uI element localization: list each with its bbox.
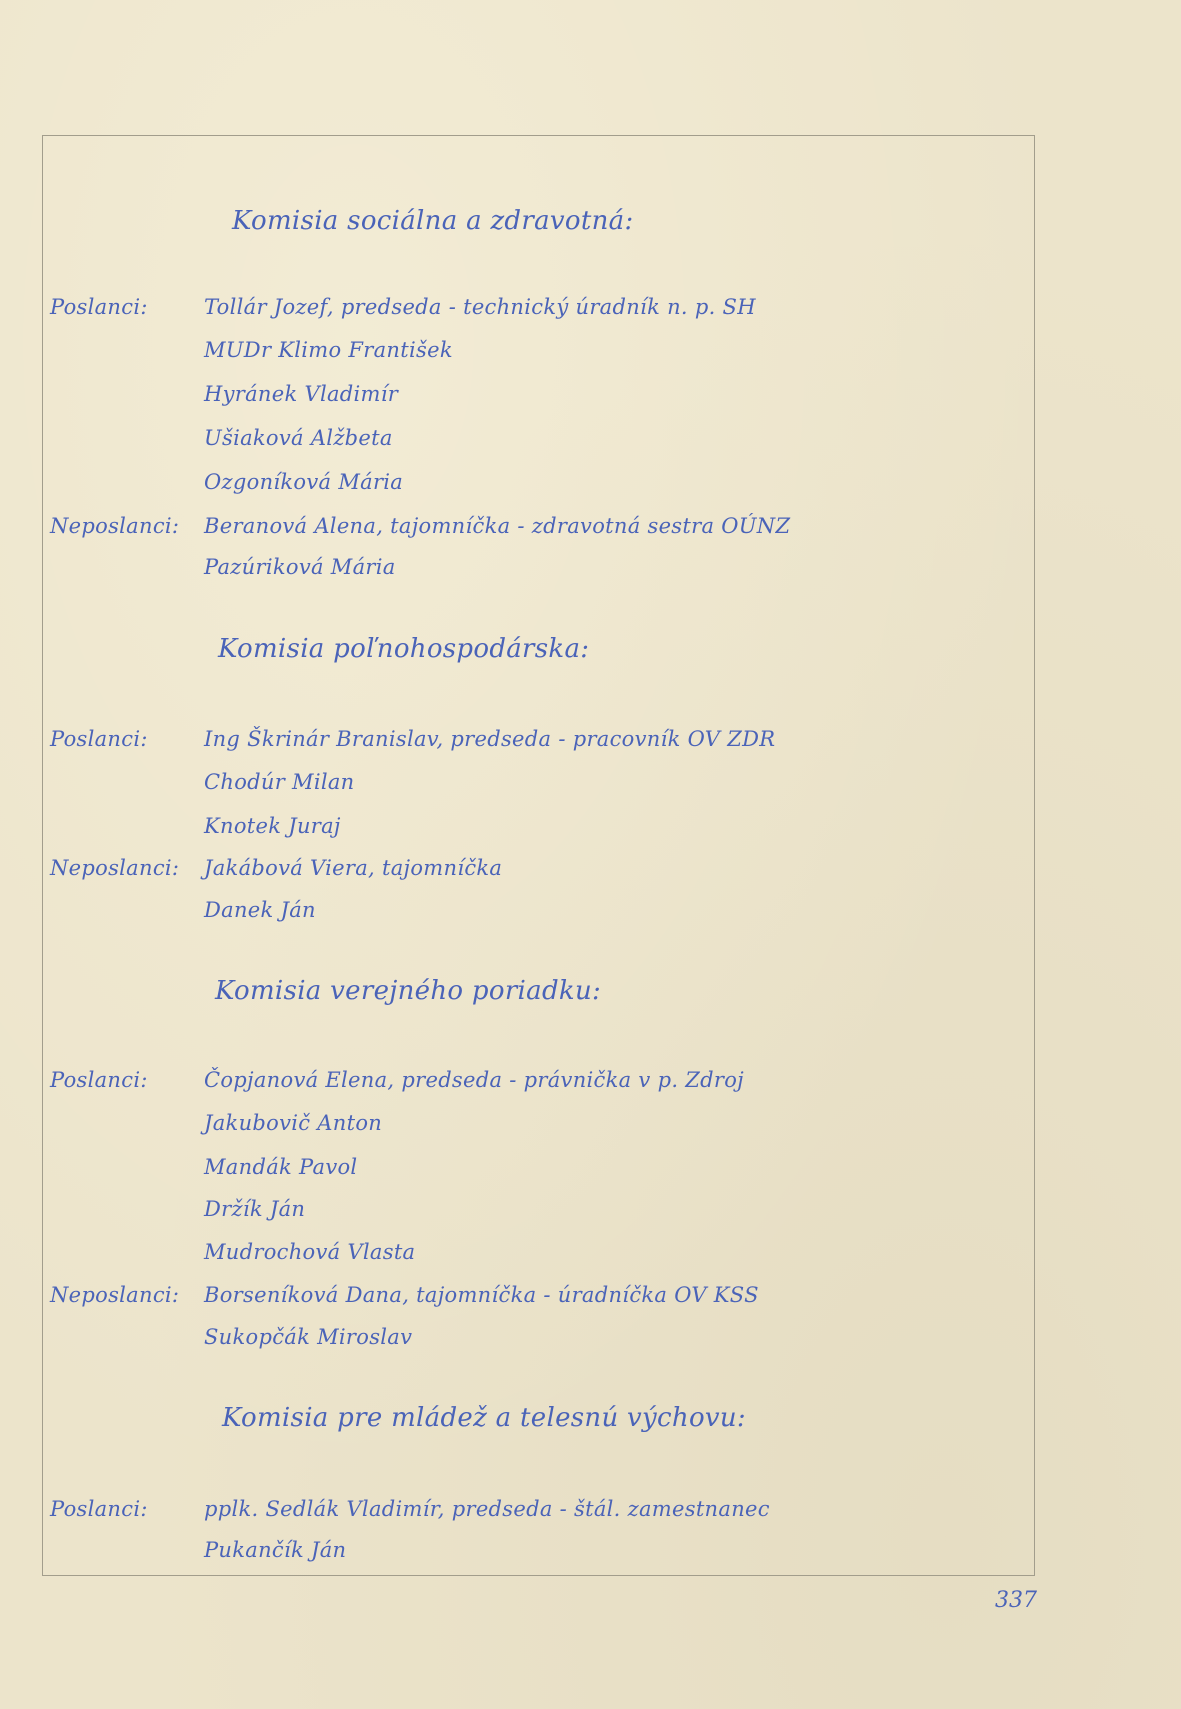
poslanci-label: Poslanci: [50, 727, 148, 751]
neposlanci-label: Neposlanci: [50, 856, 179, 880]
section-heading: Komisia verejného poriadku: [215, 976, 601, 1006]
member-entry: Borseníková Dana, tajomníčka - úradníčka… [204, 1283, 759, 1307]
member-entry: MUDr Klimo František [204, 338, 453, 362]
member-entry: Mudrochová Vlasta [204, 1240, 415, 1264]
poslanci-label: Poslanci: [50, 295, 148, 319]
member-entry: Knotek Juraj [204, 814, 341, 838]
member-entry: Čopjanová Elena, predseda - právnička v … [204, 1068, 744, 1092]
member-entry: Danek Ján [204, 898, 316, 922]
member-entry: Pazúriková Mária [204, 555, 396, 579]
member-entry: Beranová Alena, tajomníčka - zdravotná s… [204, 514, 790, 538]
poslanci-label: Poslanci: [50, 1068, 148, 1092]
member-entry: Chodúr Milan [204, 770, 355, 794]
member-entry: Ozgoníková Mária [204, 470, 403, 494]
section-heading: Komisia poľnohospodárska: [218, 634, 589, 664]
member-entry: Ušiaková Alžbeta [204, 426, 393, 450]
member-entry: Jakábová Viera, tajomníčka [204, 856, 502, 880]
member-entry: Hyránek Vladimír [204, 382, 398, 406]
member-entry: Držík Ján [204, 1197, 305, 1221]
neposlanci-label: Neposlanci: [50, 1283, 179, 1307]
member-entry: Mandák Pavol [204, 1155, 357, 1179]
member-entry: Tollár Jozef, predseda - technický úradn… [204, 295, 756, 319]
neposlanci-label: Neposlanci: [50, 514, 179, 538]
ruled-page-border [42, 135, 1035, 1576]
member-entry: Pukančík Ján [204, 1538, 346, 1562]
member-entry: pplk. Sedlák Vladimír, predseda - štál. … [204, 1497, 770, 1521]
section-heading: Komisia pre mládež a telesnú výchovu: [222, 1403, 746, 1433]
member-entry: Jakubovič Anton [204, 1111, 382, 1135]
poslanci-label: Poslanci: [50, 1497, 148, 1521]
member-entry: Sukopčák Miroslav [204, 1325, 412, 1349]
page-number: 337 [995, 1588, 1037, 1613]
member-entry: Ing Škrinár Branislav, predseda - pracov… [204, 727, 775, 751]
section-heading: Komisia sociálna a zdravotná: [232, 206, 634, 236]
